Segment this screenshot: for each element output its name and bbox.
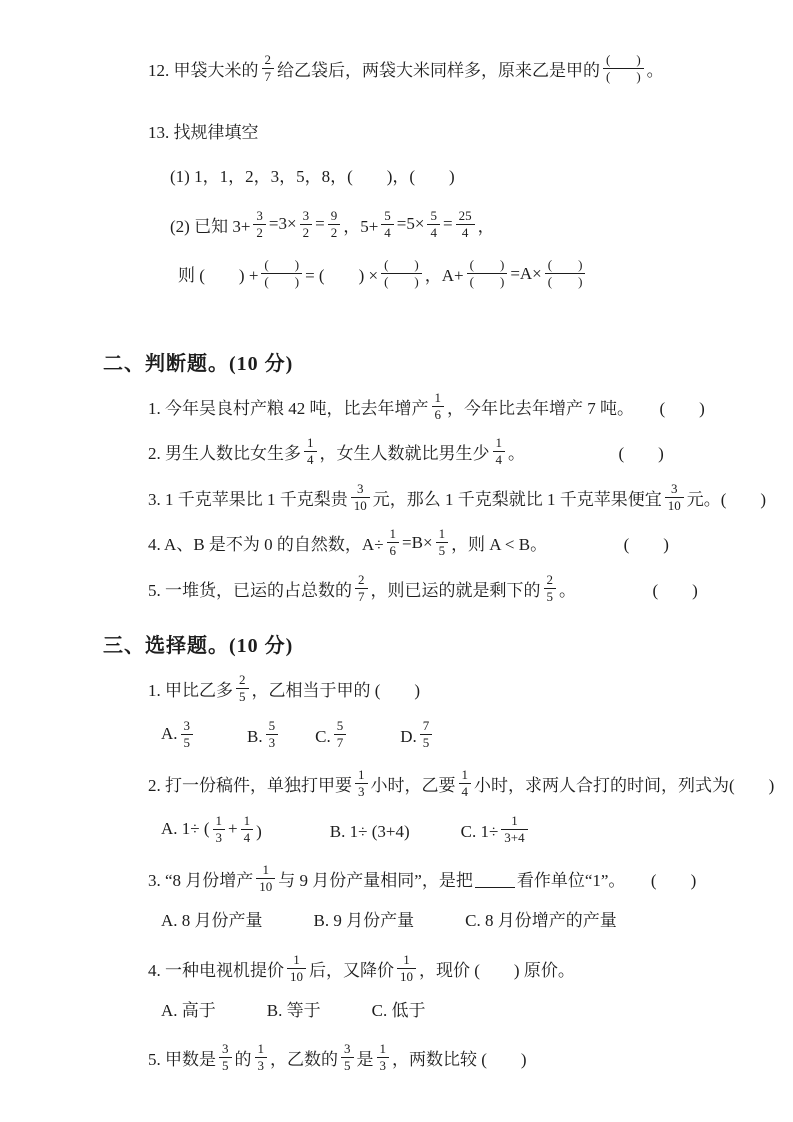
judgment-3: 3. 1 千克苹果比 1 千克梨贵310 元，那么 1 千克梨就比 1 千克苹果…	[148, 479, 763, 517]
fraction-numerator: 1	[304, 435, 317, 452]
fraction-denominator: 4	[493, 452, 506, 468]
fraction-denominator: 6	[387, 543, 400, 559]
judgment-lines: 1. 今年吴良村产粮 42 吨，比去年增产16 ，今年比去年增产 7 吨。 ( …	[103, 388, 763, 608]
text-run: B.	[196, 722, 263, 747]
text-run: 的	[235, 1045, 252, 1070]
fraction-denominator: 5	[236, 689, 249, 705]
fraction-denominator: 5	[436, 543, 449, 559]
text-run: A.	[161, 724, 178, 744]
text-run: 与 9 月份产量相同”，是把	[278, 866, 473, 891]
fraction-denominator: 3	[255, 1058, 268, 1074]
text-run: 3. 1 千克苹果比 1 千克梨贵	[148, 485, 348, 510]
text-run: +	[228, 819, 238, 839]
judgment-section-heading: 二、判断题。(10 分)	[103, 347, 763, 376]
text-run: C.	[281, 722, 331, 747]
fraction: 35	[219, 1041, 232, 1075]
text-run: ) B. 1÷ (3+4) C. 1÷	[256, 817, 498, 842]
test-paper: 12. 甲袋大米的27 给乙袋后，两袋大米同样多，原来乙是甲的( )( ) 。1…	[0, 0, 793, 1077]
fraction: 310	[351, 481, 370, 515]
text-run: (1) 1，1，2，3，5，8，( )，( )	[170, 162, 455, 187]
text-run: A. 8 月份产量 B. 9 月份产量 C. 8 月份增产的产量	[161, 906, 617, 931]
question-13: 13. 找规律填空	[148, 118, 763, 144]
text-run: ，5+	[343, 212, 378, 237]
text-run: 4. A、B 是不为 0 的自然数，A÷	[148, 530, 384, 555]
text-run: ，乙相当于甲的 ( )	[252, 676, 421, 701]
text-run: ，A+	[425, 261, 464, 286]
fraction: 14	[459, 767, 472, 801]
fraction: 25	[544, 572, 557, 606]
text-run: ，	[478, 212, 495, 237]
question-12: 12. 甲袋大米的27 给乙袋后，两袋大米同样多，原来乙是甲的( )( ) 。	[148, 50, 763, 88]
fraction: 27	[262, 52, 275, 86]
fraction: 254	[456, 208, 475, 242]
judgment-1: 1. 今年吴良村产粮 42 吨，比去年增产16 ，今年比去年增产 7 吨。 ( …	[148, 388, 763, 426]
fraction: 13+4	[501, 813, 527, 847]
fraction-numerator: 1	[241, 813, 254, 830]
fraction-denominator: 10	[665, 498, 684, 514]
fraction-denominator: 3	[377, 1058, 390, 1074]
judgment-4: 4. A、B 是不为 0 的自然数，A÷16 =B×15 ，则 A < B。 (…	[148, 524, 763, 562]
fraction-numerator: ( )	[261, 257, 302, 274]
fraction: 32	[300, 208, 313, 242]
fraction-numerator: 2	[262, 52, 275, 69]
question-13-2: (2) 已知 3+32 =3×32 =92 ，5+54 =5×54 =254 ，	[170, 206, 763, 244]
fraction-numerator: 2	[236, 672, 249, 689]
choice-4: 4. 一种电视机提价110 后，又降价110 ，现价 ( ) 原价。	[148, 950, 763, 988]
fraction: 25	[236, 672, 249, 706]
fraction-numerator: 3	[351, 481, 370, 498]
text-run: ，则 A < B。 ( )	[451, 530, 669, 555]
fraction-numerator: 1	[493, 435, 506, 452]
text-run: 12. 甲袋大米的	[148, 56, 259, 81]
fraction-numerator: 1	[436, 526, 449, 543]
blank-fraction: ( )( )	[545, 257, 586, 291]
fraction: 35	[181, 718, 194, 752]
fraction-numerator: ( )	[603, 52, 644, 69]
fraction-numerator: ( )	[545, 257, 586, 274]
fraction-denominator: 5	[181, 735, 194, 751]
fraction-numerator: 5	[427, 208, 440, 225]
choice-5: 5. 甲数是35 的13 ，乙数的35 是13 ，两数比较 ( )	[148, 1039, 763, 1077]
text-run: 元。( )	[687, 485, 766, 510]
fraction-numerator: 1	[459, 767, 472, 784]
text-run: =5×	[397, 214, 425, 234]
text-run: 看作单位“1”。 ( )	[517, 866, 696, 891]
fraction-denominator: 2	[253, 225, 266, 241]
fraction: 13	[355, 767, 368, 801]
text-run: 。 ( )	[559, 576, 698, 601]
fraction-denominator: 7	[334, 735, 347, 751]
fraction: 14	[241, 813, 254, 847]
choice-4-options: A. 高于 B. 等于 C. 低于	[161, 995, 763, 1021]
fraction-denominator: 6	[432, 407, 445, 423]
fraction-numerator: 3	[181, 718, 194, 735]
fraction-denominator: 5	[219, 1058, 232, 1074]
fraction-numerator: 1	[355, 767, 368, 784]
fraction: 54	[381, 208, 394, 242]
fraction-numerator: 5	[334, 718, 347, 735]
text-run: 3. “8 月份增产	[148, 866, 253, 891]
blank-fraction: ( )( )	[467, 257, 508, 291]
fraction-denominator: 10	[256, 879, 275, 895]
text-run: 4. 一种电视机提价	[148, 956, 284, 981]
text-run: A. 1÷ (	[161, 819, 210, 839]
fraction-denominator: 4	[459, 784, 472, 800]
fraction-denominator: 4	[456, 225, 475, 241]
fraction-denominator: 4	[427, 225, 440, 241]
fraction-numerator: 3	[300, 208, 313, 225]
fraction-denominator: 10	[287, 969, 306, 985]
judgment-5: 5. 一堆货，已运的占总数的27 ，则已运的就是剩下的25 。 ( )	[148, 570, 763, 608]
text-run: 则 ( ) +	[178, 261, 258, 286]
text-run: =3×	[269, 214, 297, 234]
fraction-denominator: 4	[304, 452, 317, 468]
fraction-denominator: 10	[397, 969, 416, 985]
fraction-numerator: 7	[420, 718, 433, 735]
fraction-numerator: 3	[219, 1041, 232, 1058]
text-run: ，则已运的就是剩下的	[371, 576, 541, 601]
text-run: A. 高于 B. 等于 C. 低于	[161, 996, 425, 1021]
fraction: 35	[341, 1041, 354, 1075]
text-run: 是	[357, 1045, 374, 1070]
text-run: ，今年比去年增产 7 吨。 ( )	[447, 394, 705, 419]
fraction: 54	[427, 208, 440, 242]
text-run: 2. 男生人数比女生多	[148, 439, 301, 464]
fraction: 13	[213, 813, 226, 847]
fraction: 14	[493, 435, 506, 469]
fraction-numerator: 1	[287, 952, 306, 969]
fraction-denominator: 3+4	[501, 830, 527, 846]
fraction-numerator: 1	[213, 813, 226, 830]
text-run: ，两数比较 ( )	[392, 1045, 527, 1070]
fraction-denominator: 7	[355, 589, 368, 605]
fraction-denominator: 3	[355, 784, 368, 800]
fraction-numerator: 1	[397, 952, 416, 969]
text-run: 给乙袋后，两袋大米同样多，原来乙是甲的	[277, 56, 600, 81]
fraction-numerator: 9	[328, 208, 341, 225]
fraction: 13	[255, 1041, 268, 1075]
text-run: 5. 甲数是	[148, 1045, 216, 1070]
fraction-denominator: ( )	[381, 274, 422, 290]
text-run: ，女生人数就比男生少	[320, 439, 490, 464]
fill-blanks-lines: 12. 甲袋大米的27 给乙袋后，两袋大米同样多，原来乙是甲的( )( ) 。1…	[103, 50, 763, 293]
fraction-numerator: 5	[381, 208, 394, 225]
fraction-denominator: ( )	[467, 274, 508, 290]
fraction: 16	[432, 390, 445, 424]
fraction-numerator: 25	[456, 208, 475, 225]
fraction: 92	[328, 208, 341, 242]
fraction: 32	[253, 208, 266, 242]
fraction-denominator: 5	[544, 589, 557, 605]
text-run: 。 ( )	[508, 439, 664, 464]
blank-fraction: ( )( )	[381, 257, 422, 291]
section-judgment: 二、判断题。(10 分) 1. 今年吴良村产粮 42 吨，比去年增产16 ，今年…	[103, 347, 763, 608]
fraction-numerator: 1	[255, 1041, 268, 1058]
fraction-denominator: 10	[351, 498, 370, 514]
fraction-denominator: 4	[241, 830, 254, 846]
fraction: 13	[377, 1041, 390, 1075]
question-13-2-rule: 则 ( ) +( )( ) = ( ) ×( )( ) ，A+( )( ) =A…	[178, 255, 763, 293]
text-run: D.	[349, 722, 417, 747]
text-run: 后，又降价	[309, 956, 394, 981]
text-run: 2. 打一份稿件，单独打甲要	[148, 771, 352, 796]
text-run: 1. 今年吴良村产粮 42 吨，比去年增产	[148, 394, 429, 419]
section-choice: 三、选择题。(10 分) 1. 甲比乙多25 ，乙相当于甲的 ( )A.35 B…	[103, 629, 763, 1077]
fraction-numerator: 1	[432, 390, 445, 407]
text-run: 13. 找规律填空	[148, 118, 259, 143]
fraction-denominator: 4	[381, 225, 394, 241]
fraction-denominator: 3	[213, 830, 226, 846]
choice-1-options: A.35 B.53 C.57 D.75	[161, 716, 763, 754]
fraction: 15	[436, 526, 449, 560]
text-run: 小时，求两人合打的时间，列式为( )	[474, 771, 774, 796]
text-run: =A×	[510, 264, 541, 284]
text-run: = ( ) ×	[305, 261, 378, 286]
text-run: 小时，乙要	[371, 771, 456, 796]
choice-lines: 1. 甲比乙多25 ，乙相当于甲的 ( )A.35 B.53 C.57 D.75…	[103, 670, 763, 1077]
text-run: 元，那么 1 千克梨就比 1 千克苹果便宜	[373, 485, 662, 510]
text-run: ，现价 ( ) 原价。	[419, 956, 575, 981]
question-13-1: (1) 1，1，2，3，5，8，( )，( )	[170, 162, 763, 188]
fraction: 110	[256, 862, 275, 896]
underline-blank	[475, 869, 515, 888]
fraction-denominator: 3	[266, 735, 279, 751]
text-run: 5. 一堆货，已运的占总数的	[148, 576, 352, 601]
blank-fraction: ( )( )	[261, 257, 302, 291]
fraction-numerator: 1	[501, 813, 527, 830]
choice-2-options: A. 1÷ (13 +14 ) B. 1÷ (3+4) C. 1÷13+4	[161, 811, 763, 849]
fraction-numerator: 3	[665, 481, 684, 498]
section-fill-blanks-continued: 12. 甲袋大米的27 给乙袋后，两袋大米同样多，原来乙是甲的( )( ) 。1…	[103, 50, 763, 293]
fraction-numerator: 3	[341, 1041, 354, 1058]
fraction: 110	[287, 952, 306, 986]
fraction-numerator: 2	[355, 572, 368, 589]
text-run: 1. 甲比乙多	[148, 676, 233, 701]
choice-section-heading: 三、选择题。(10 分)	[103, 629, 763, 658]
fraction-numerator: ( )	[381, 257, 422, 274]
fraction-numerator: 5	[266, 718, 279, 735]
fraction: 16	[387, 526, 400, 560]
fraction-denominator: 5	[420, 735, 433, 751]
fraction-denominator: 5	[341, 1058, 354, 1074]
fraction-denominator: 2	[328, 225, 341, 241]
fraction-denominator: 7	[262, 69, 275, 85]
choice-1: 1. 甲比乙多25 ，乙相当于甲的 ( )	[148, 670, 763, 708]
text-run: ，乙数的	[270, 1045, 338, 1070]
fraction-numerator: 1	[387, 526, 400, 543]
choice-3-options: A. 8 月份产量 B. 9 月份产量 C. 8 月份增产的产量	[161, 906, 763, 932]
text-run: (2) 已知 3+	[170, 212, 250, 237]
fraction: 14	[304, 435, 317, 469]
text-run: =	[443, 214, 453, 234]
text-run: =B×	[402, 533, 433, 553]
fraction: 53	[266, 718, 279, 752]
fraction-numerator: 1	[377, 1041, 390, 1058]
fraction-denominator: ( )	[545, 274, 586, 290]
choice-2: 2. 打一份稿件，单独打甲要13 小时，乙要14 小时，求两人合打的时间，列式为…	[148, 765, 763, 803]
fraction-numerator: 2	[544, 572, 557, 589]
judgment-2: 2. 男生人数比女生多14 ，女生人数就比男生少14 。 ( )	[148, 433, 763, 471]
text-run: 。	[647, 56, 664, 81]
fraction: 310	[665, 481, 684, 515]
choice-3: 3. “8 月份增产110 与 9 月份产量相同”，是把看作单位“1”。 ( )	[148, 860, 763, 898]
blank-fraction: ( )( )	[603, 52, 644, 86]
text-run: =	[315, 214, 325, 234]
fraction: 57	[334, 718, 347, 752]
fraction-numerator: ( )	[467, 257, 508, 274]
fraction-numerator: 1	[256, 862, 275, 879]
fraction-denominator: 2	[300, 225, 313, 241]
fraction: 75	[420, 718, 433, 752]
fraction-denominator: ( )	[261, 274, 302, 290]
fraction: 110	[397, 952, 416, 986]
fraction-denominator: ( )	[603, 69, 644, 85]
fraction-numerator: 3	[253, 208, 266, 225]
fraction: 27	[355, 572, 368, 606]
